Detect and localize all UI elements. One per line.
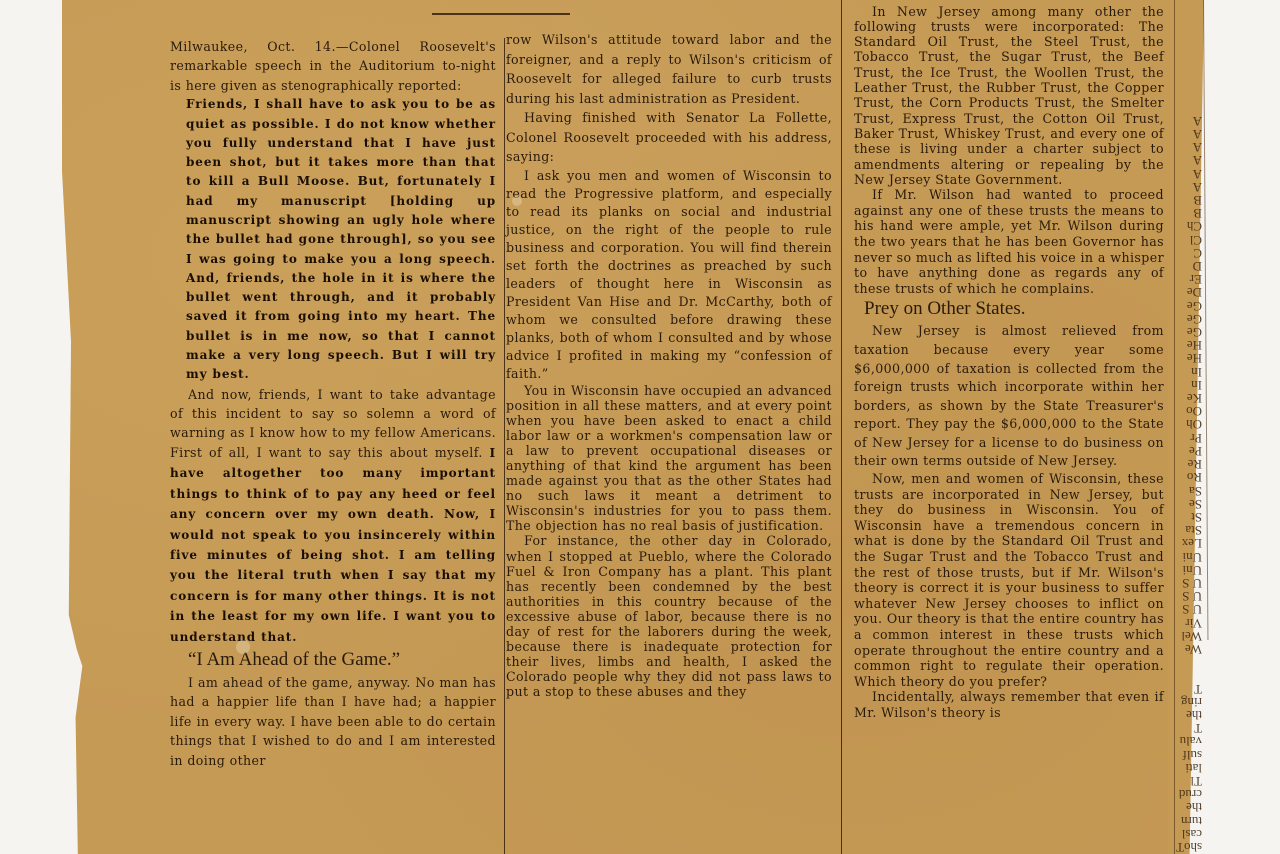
wilson-inaction-paragraph: If Mr. Wilson had wanted to proceed agai… [854, 187, 1164, 296]
paper-stain [236, 640, 250, 654]
column-3: whatever. In New Jersey among many other… [854, 0, 1164, 721]
column-2-lead: row Wilson's attitude toward labor and t… [506, 30, 832, 383]
subheading-prey-on-other-states: Prey on Other States. [846, 296, 1164, 322]
column-2: row Wilson's attitude toward labor and t… [506, 30, 832, 699]
speech-paragraph-2-bold: I have altogether too many important thi… [170, 446, 496, 644]
subheading-ahead-of-game: “I Am Ahead of the Game.” [170, 647, 496, 673]
column-rule-2 [841, 0, 842, 854]
wisconsin-concern-paragraph: Now, men and women of Wisconsin, these t… [854, 471, 1164, 689]
progressive-platform-text: I ask you men and women of Wisconsin to … [506, 168, 832, 381]
colorado-paragraph: For instance, the other day in Colorado,… [506, 533, 832, 699]
upside-down-edge-text: shoT casl turn the crud Tl lati sulf val… [1176, 0, 1202, 854]
column-1: Milwaukee, Oct. 14.—Colonel Roosevelt's … [170, 37, 496, 770]
speech-paragraph-2-plain: And now, friends, I want to take advanta… [170, 387, 496, 460]
paper-stain [512, 196, 522, 206]
speech-opening-bold: Friends, I shall have to ask you to be a… [186, 95, 496, 384]
transition-paragraph: Having finished with Senator La Follette… [506, 108, 832, 167]
speech-paragraph-3: I am ahead of the game, anyway. No man h… [170, 673, 496, 770]
dateline-paragraph: Milwaukee, Oct. 14.—Colonel Roosevelt's … [170, 37, 496, 95]
intro-paragraph: row Wilson's attitude toward labor and t… [506, 30, 832, 108]
speech-paragraph-2: And now, friends, I want to take advanta… [170, 385, 496, 647]
progressive-platform-paragraph: I ask you men and women of Wisconsin to … [506, 167, 832, 383]
column-rule-1 [504, 38, 505, 854]
header-divider [432, 13, 570, 15]
incidentally-paragraph: Incidentally, always remember that even … [854, 689, 1164, 720]
edge-column-rule [1174, 0, 1175, 854]
new-jersey-trusts-paragraph: In New Jersey among many other the follo… [854, 4, 1164, 188]
wisconsin-laws-paragraph: You in Wisconsin have occupied an advanc… [506, 383, 832, 534]
taxation-paragraph: New Jersey is almost relieved from taxat… [854, 322, 1164, 471]
